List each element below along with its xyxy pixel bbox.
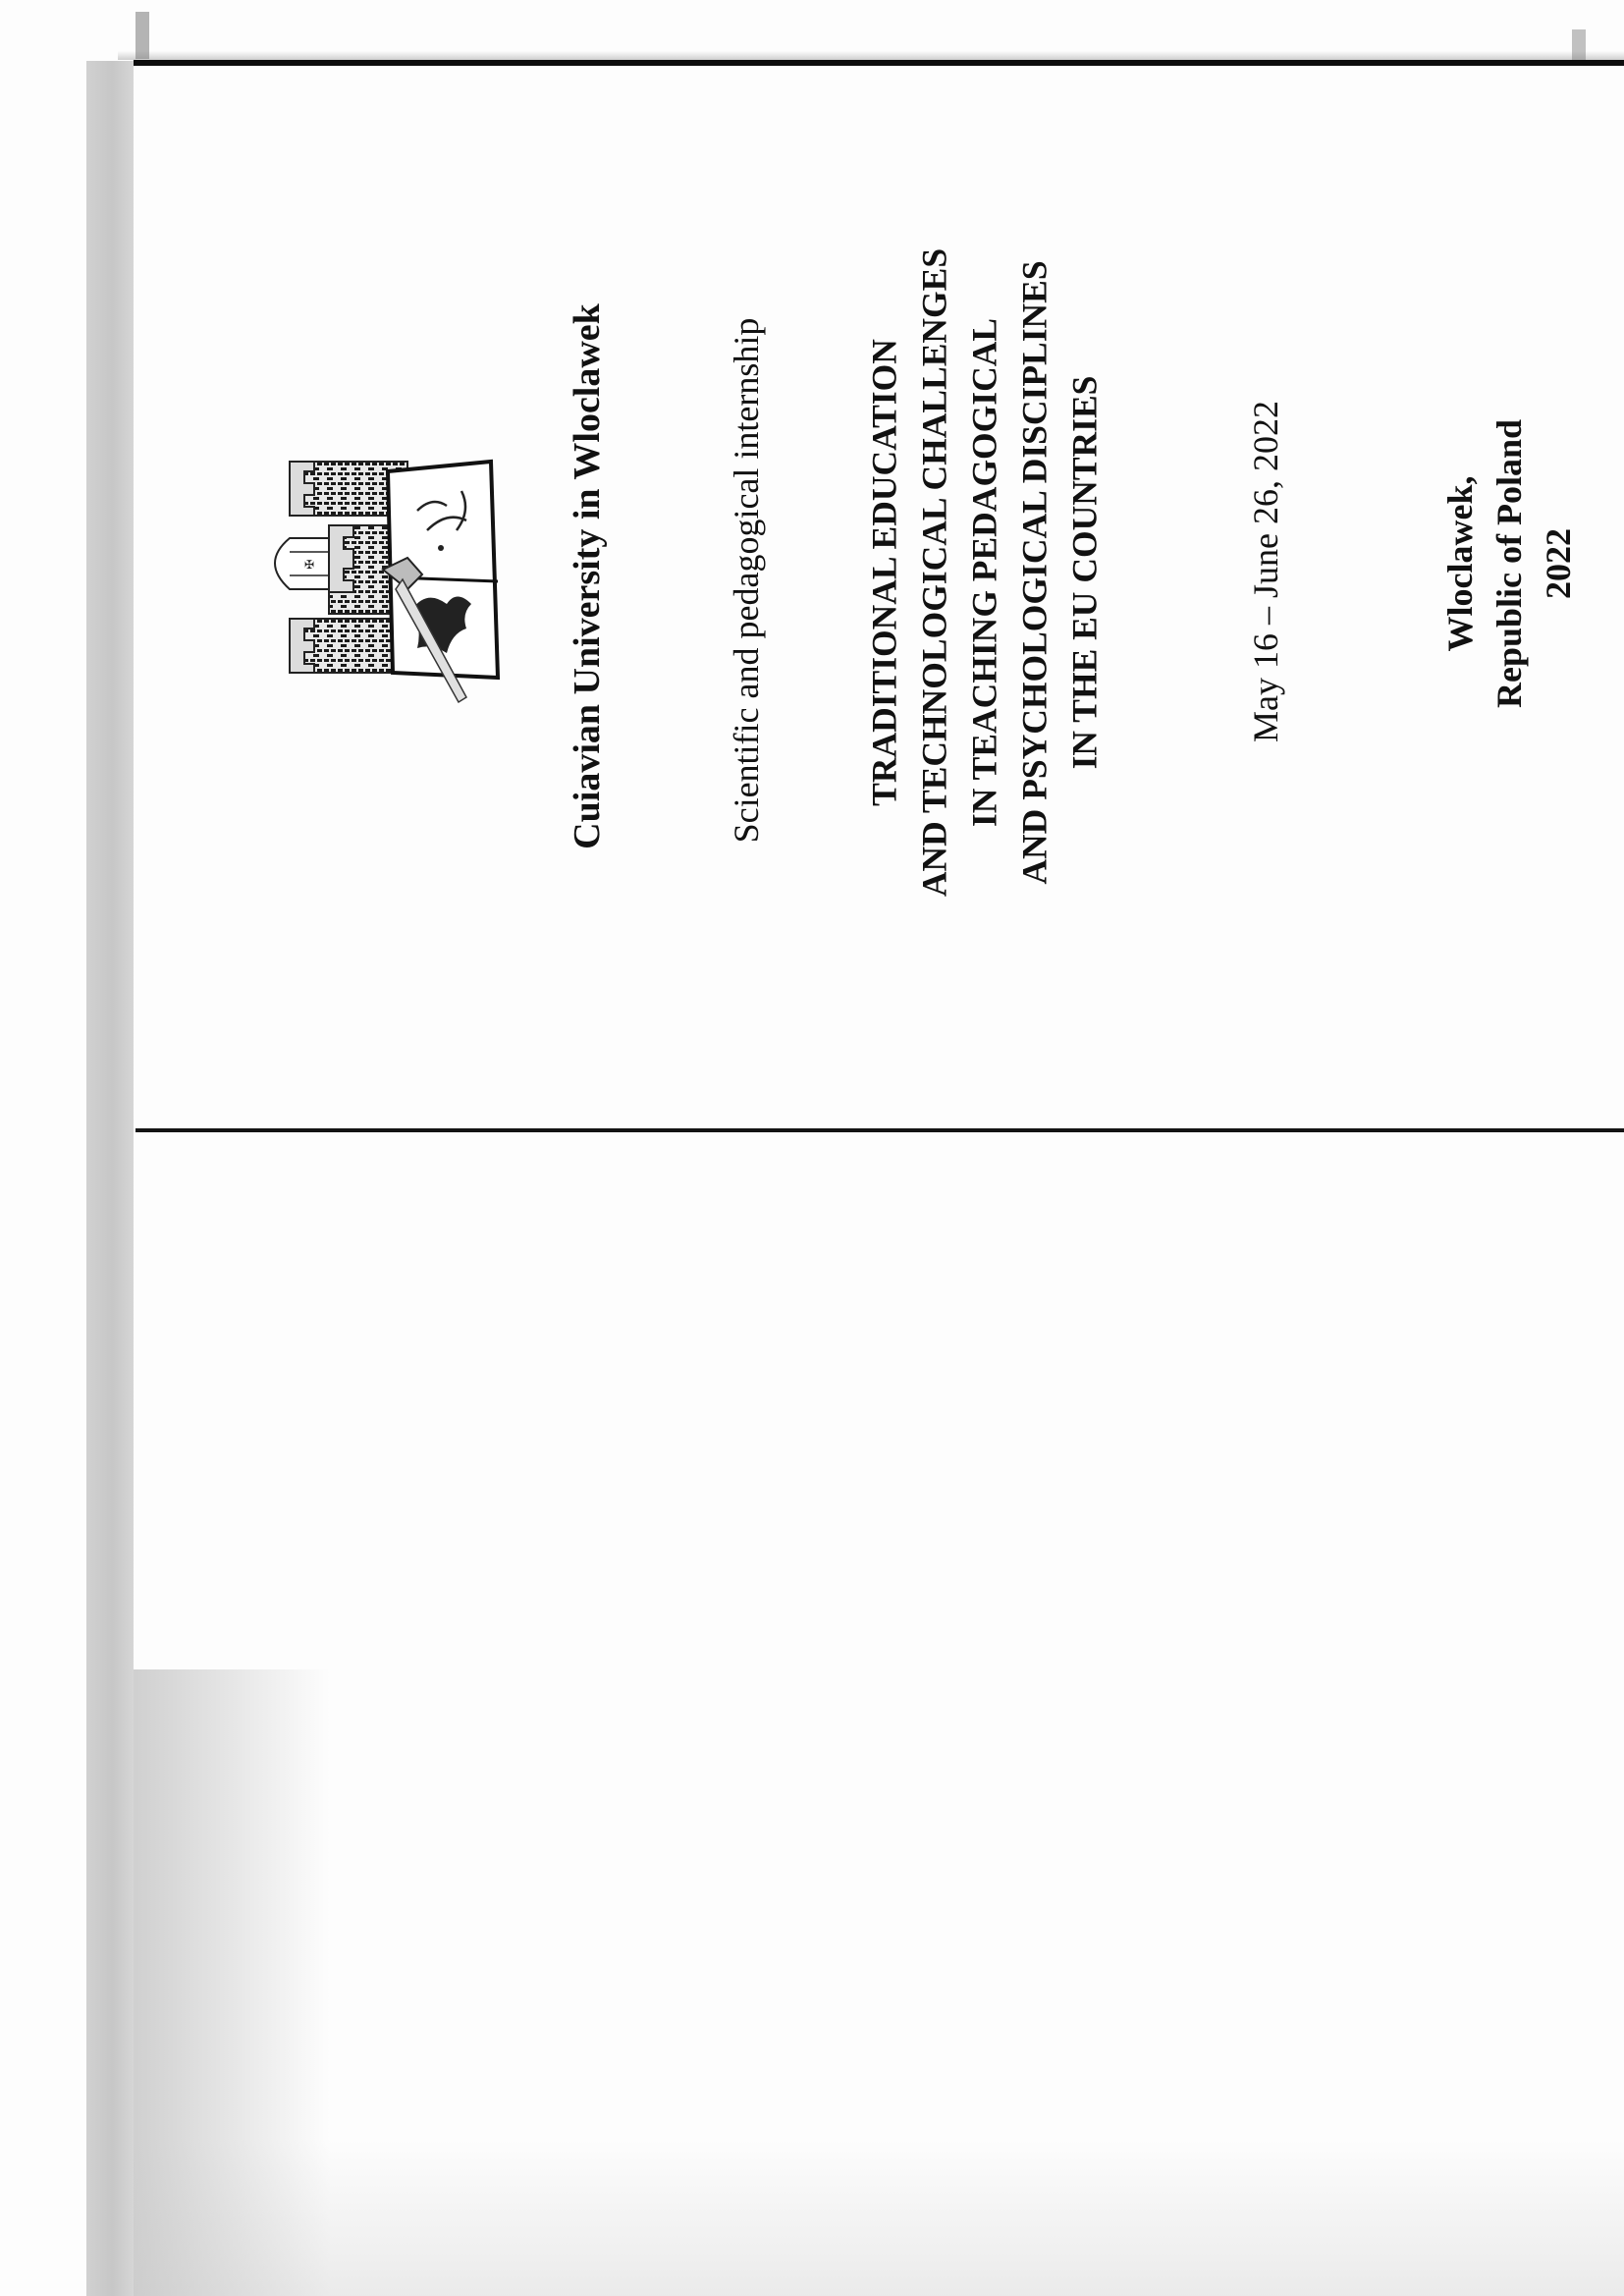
title-line: IN TEACHING PEDAGOGICAL [960, 248, 1010, 897]
top-rule-shadow [118, 51, 1624, 60]
place-city: Wloclawek, [1435, 419, 1485, 708]
title-line: AND TECHNOLOGICAL CHALLENGES [910, 248, 960, 897]
university-coat-of-arms-icon: ✠ [241, 432, 515, 717]
place-country: Republic of Poland [1485, 419, 1534, 708]
top-border-line [134, 60, 1624, 66]
svg-text:✠: ✠ [304, 558, 314, 572]
crop-mark-right [1572, 29, 1586, 63]
scanner-bottom-fade [134, 2139, 1624, 2296]
institution-name: Cuiavian University in Wloclawek [568, 303, 606, 849]
event-type: Scientific and pedagogical internship [729, 318, 764, 844]
scanned-title-page: ✠ Cuiavian University in Wloclawek Scien… [0, 0, 1624, 2296]
crop-mark-left [135, 12, 149, 59]
place-year: 2022 [1534, 419, 1583, 708]
title-line: IN THE EU COUNTRIES [1060, 248, 1110, 897]
publication-place: Wloclawek, Republic of Poland 2022 [1435, 419, 1583, 708]
document-title: TRADITIONAL EDUCATION AND TECHNOLOGICAL … [860, 248, 1110, 897]
scanner-edge-shadow [86, 61, 134, 2296]
title-line: AND PSYCHOLOGICAL DISCIPLINES [1010, 248, 1060, 897]
page-fold-line [135, 1128, 1624, 1132]
event-dates: May 16 – June 26, 2022 [1248, 401, 1283, 742]
title-line: TRADITIONAL EDUCATION [860, 248, 910, 897]
